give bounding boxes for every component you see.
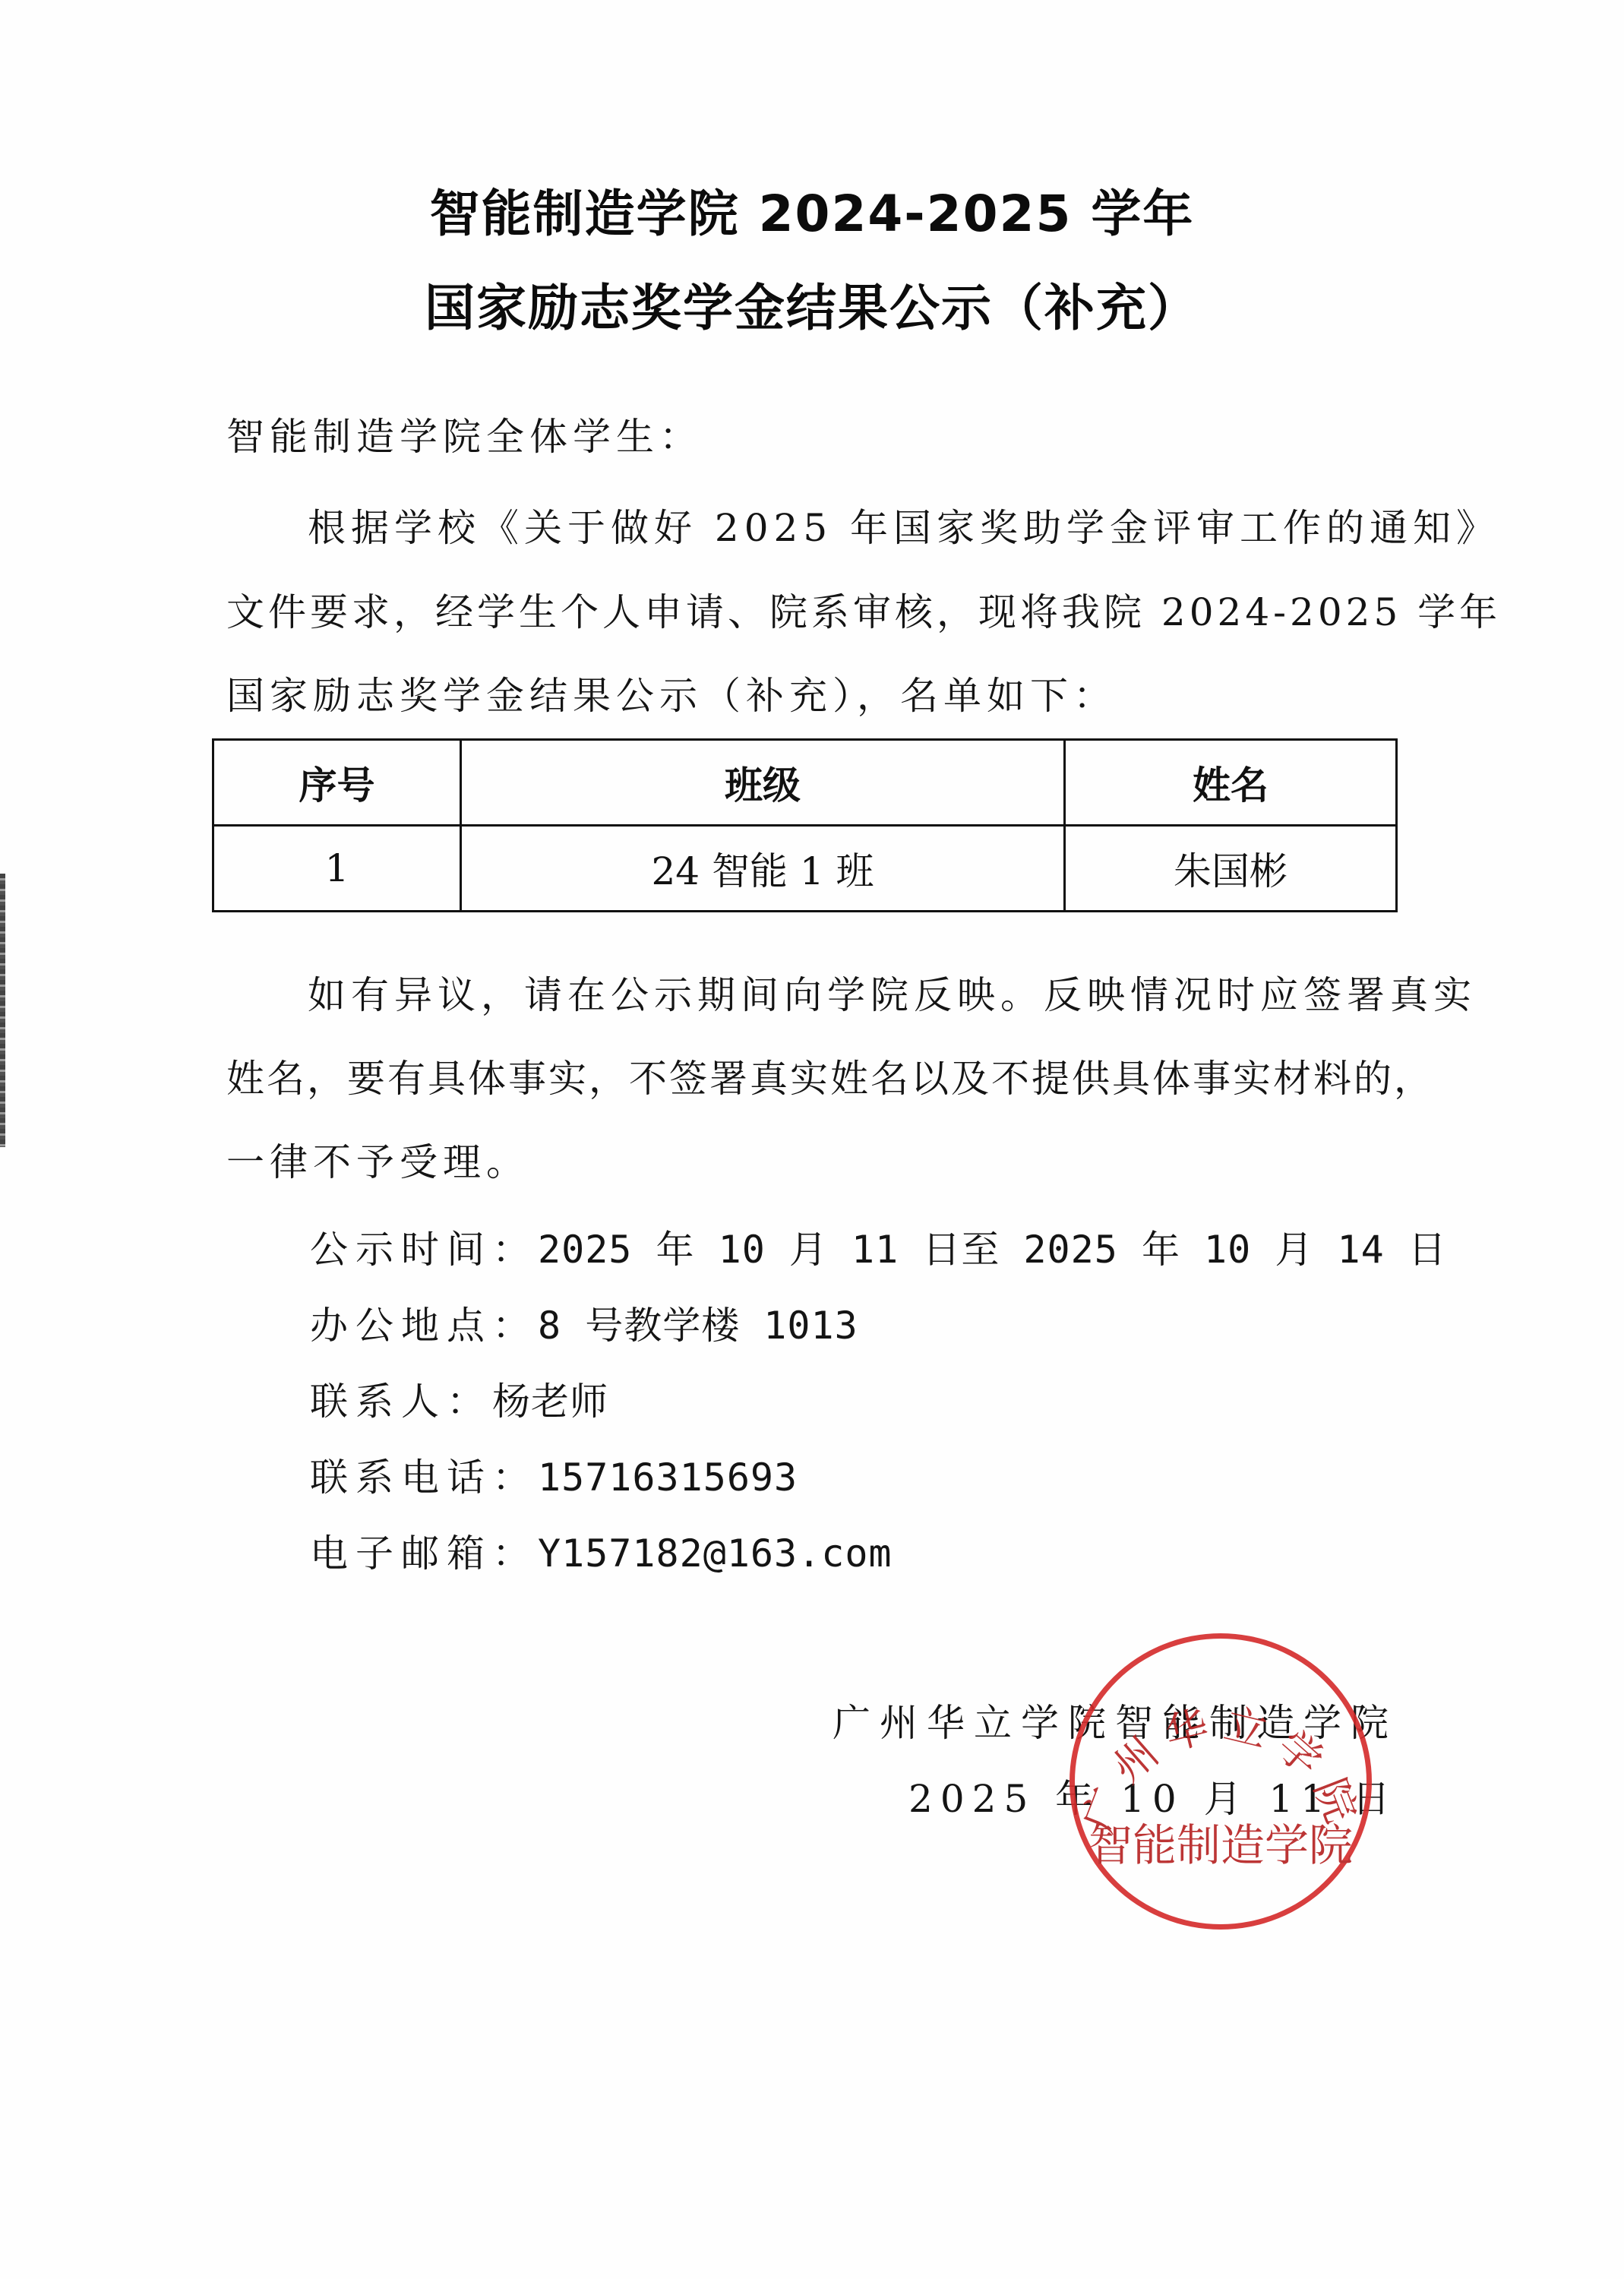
- recipient-table: 序号 班级 姓名 1 24 智能 1 班 朱国彬: [212, 738, 1398, 912]
- document-title-line-2: 国家励志奖学金结果公示（补充）: [0, 267, 1624, 340]
- info-label: 联系人：: [310, 1380, 492, 1424]
- info-value: Y157182@163.com: [538, 1531, 893, 1576]
- header-class: 班级: [461, 740, 1065, 826]
- info-contact-phone: 联系电话：15716315693: [310, 1447, 798, 1502]
- signature-organization: 广州华立学院智能制造学院: [833, 1693, 1398, 1747]
- salutation: 智能制造学院全体学生：: [226, 406, 703, 461]
- info-office-location: 办公地点：8 号教学楼 1013: [310, 1295, 858, 1350]
- info-value: 8 号教学楼 1013: [538, 1304, 858, 1348]
- info-value: 15716315693: [538, 1456, 798, 1500]
- info-contact-person: 联系人：杨老师: [310, 1371, 608, 1426]
- scan-artifact-strip: [0, 874, 5, 1147]
- signature-date: 2025 年 10 月 11 日: [908, 1769, 1398, 1823]
- intro-paragraph-line-3: 国家励志奖学金结果公示（补充），名单如下：: [226, 665, 1117, 720]
- cell-name: 朱国彬: [1065, 826, 1397, 912]
- table-header-row: 序号 班级 姓名: [213, 740, 1397, 826]
- info-value: 杨老师: [492, 1380, 608, 1424]
- document-page: 智能制造学院 2024-2025 学年 国家励志奖学金结果公示（补充） 智能制造…: [0, 0, 1624, 2279]
- info-label: 公示时间：: [310, 1228, 538, 1272]
- info-label: 办公地点：: [310, 1304, 538, 1348]
- table-row: 1 24 智能 1 班 朱国彬: [213, 826, 1397, 912]
- intro-paragraph-line-2: 文件要求，经学生个人申请、院系审核，现将我院 2024-2025 学年: [226, 582, 1501, 637]
- objection-paragraph-line-2: 姓名，要有具体事实，不签署真实姓名以及不提供具体事实材料的，: [226, 1048, 1434, 1103]
- objection-paragraph-line-3: 一律不予受理。: [226, 1132, 529, 1187]
- info-label: 联系电话：: [310, 1456, 538, 1500]
- info-label: 电子邮箱：: [310, 1531, 538, 1576]
- document-title-line-1: 智能制造学院 2024-2025 学年: [0, 173, 1624, 245]
- objection-paragraph-line-1: 如有异议，请在公示期间向学院反映。反映情况时应签署真实: [308, 965, 1477, 1019]
- info-email: 电子邮箱：Y157182@163.com: [310, 1523, 893, 1578]
- intro-paragraph-line-1: 根据学校《关于做好 2025 年国家奖助学金评审工作的通知》: [308, 498, 1499, 552]
- info-publicity-period: 公示时间：2025 年 10 月 11 日至 2025 年 10 月 14 日: [310, 1219, 1447, 1274]
- header-name: 姓名: [1065, 740, 1397, 826]
- header-index: 序号: [213, 740, 461, 826]
- cell-index: 1: [213, 826, 461, 912]
- cell-class: 24 智能 1 班: [461, 826, 1065, 912]
- info-value: 2025 年 10 月 11 日至 2025 年 10 月 14 日: [538, 1228, 1447, 1272]
